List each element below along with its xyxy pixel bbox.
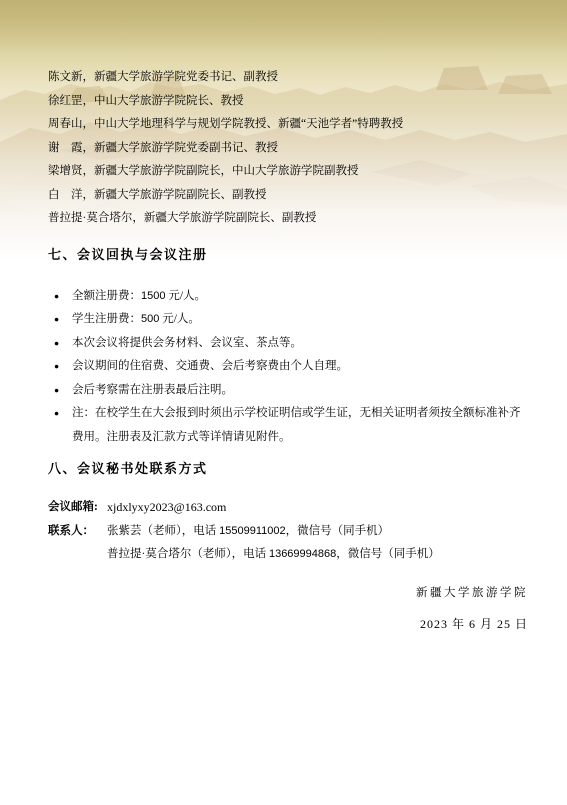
bullet-icon: ●	[48, 332, 72, 356]
signature-organization: 新疆大学旅游学院	[48, 582, 528, 606]
contact-person-row: 联系人： 张紫芸（老师），电话 15509911002，微信号（同手机）	[48, 520, 528, 544]
committee-member: 普拉提·莫合塔尔，新疆大学旅游学院副院长、副教授	[48, 207, 528, 231]
document-body: 陈文新，新疆大学旅游学院党委书记、副教授 徐红罡，中山大学旅游学院院长、教授 周…	[0, 0, 567, 805]
email-row: 会议邮箱: xjdxlyxy2023@163.com	[48, 496, 528, 520]
phone-number: 15509911002	[219, 525, 285, 537]
list-item: ● 本次会议将提供会务材料、会议室、茶点等。	[48, 332, 528, 356]
bullet-icon: ●	[48, 402, 72, 449]
phone-number: 13669994868	[269, 548, 336, 560]
contact-label: 联系人：	[48, 520, 107, 544]
email-address: xjdxlyxy2023@163.com	[107, 496, 528, 520]
email-label: 会议邮箱:	[48, 496, 107, 520]
bullet-icon: ●	[48, 355, 72, 379]
signature-block: 新疆大学旅游学院 2023 年 6 月 25 日	[48, 582, 528, 637]
signature-date: 2023 年 6 月 25 日	[48, 613, 528, 637]
list-item: ● 会后考察需在注册表最后注明。	[48, 379, 528, 403]
list-item: ● 会议期间的住宿费、交通费、会后考察费由个人自理。	[48, 355, 528, 379]
committee-list: 陈文新，新疆大学旅游学院党委书记、副教授 徐红罡，中山大学旅游学院院长、教授 周…	[48, 66, 528, 231]
fee-student-amount: 500	[141, 313, 159, 325]
contact-person-2: 普拉提·莫合塔尔（老师），电话 13669994868，微信号（同手机）	[107, 543, 528, 567]
document-page: 陈文新，新疆大学旅游学院党委书记、副教授 徐红罡，中山大学旅游学院院长、教授 周…	[0, 0, 567, 805]
committee-member: 白 洋，新疆大学旅游学院副院长、副教授	[48, 184, 528, 208]
contact-person-1: 张紫芸（老师），电话 15509911002，微信号（同手机）	[107, 520, 528, 544]
section-title-registration: 七、会议回执与会议注册	[48, 245, 528, 265]
contact-info: 会议邮箱: xjdxlyxy2023@163.com 联系人： 张紫芸（老师），…	[48, 496, 528, 567]
section-title-contact: 八、会议秘书处联系方式	[48, 459, 528, 479]
contact-person-row: 普拉提·莫合塔尔（老师），电话 13669994868，微信号（同手机）	[48, 543, 528, 567]
bullet-icon: ●	[48, 308, 72, 332]
fee-student-text: 学生注册费：500 元/人。	[72, 308, 528, 332]
committee-member: 周春山，中山大学地理科学与规划学院教授、新疆“天池学者”特聘教授	[48, 113, 528, 137]
bullet-icon: ●	[48, 285, 72, 309]
fee-full-amount: 1500	[141, 290, 165, 302]
committee-member: 梁增贤，新疆大学旅游学院副院长，中山大学旅游学院副教授	[48, 160, 528, 184]
fee-full-text: 全额注册费：1500 元/人。	[72, 285, 528, 309]
list-item-student-note: ● 注：在校学生在大会报到时须出示学校证明信或学生证，无相关证明者须按全额标准补…	[48, 402, 528, 449]
list-item-fee-student: ● 学生注册费：500 元/人。	[48, 308, 528, 332]
registration-bullet-list: ● 全额注册费：1500 元/人。 ● 学生注册费：500 元/人。 ● 本次会…	[48, 285, 528, 450]
list-item-fee-full: ● 全额注册费：1500 元/人。	[48, 285, 528, 309]
committee-member: 谢 霞，新疆大学旅游学院党委副书记、教授	[48, 137, 528, 161]
committee-member: 徐红罡，中山大学旅游学院院长、教授	[48, 90, 528, 114]
label-spacer	[48, 543, 107, 567]
bullet-icon: ●	[48, 379, 72, 403]
committee-member: 陈文新，新疆大学旅游学院党委书记、副教授	[48, 66, 528, 90]
